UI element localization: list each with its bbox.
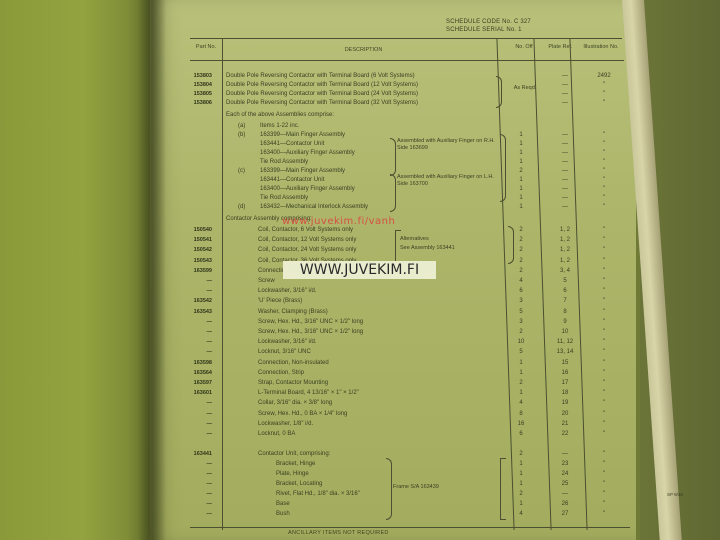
no-off: 1 <box>515 140 527 149</box>
table-row: —Bush427" <box>190 510 620 519</box>
table-row: —Screw, Hex. Hd., 3/16" UNC × 1/2" long3… <box>190 318 620 327</box>
brace <box>390 138 396 176</box>
table-row: 163441 Contactor Unit, comprising: 2 — " <box>190 450 620 459</box>
no-off: 1 <box>515 131 527 140</box>
item-text: 163399—Main Finger Assembly <box>260 131 345 140</box>
plate-ref: 17 <box>550 379 580 388</box>
part-number: — <box>180 348 212 357</box>
description: 'U' Piece (Brass) <box>258 297 302 306</box>
no-off: 6 <box>515 430 527 439</box>
plate-ref: 26 <box>550 500 580 509</box>
part-number: — <box>180 470 212 479</box>
no-off: 1 <box>515 176 527 185</box>
no-off: 1 <box>515 389 527 398</box>
description: Bush <box>276 510 290 519</box>
no-off: 3 <box>515 297 527 306</box>
header-plate-ref: Plate Ref. <box>543 44 578 51</box>
description: L-Terminal Board, 4 13/16" × 1" × 1/2" <box>258 389 359 398</box>
part-number: — <box>180 410 212 419</box>
footer-note: ANCILLARY ITEMS NOT REQUIRED <box>288 530 389 536</box>
plate-ref: 22 <box>550 430 580 439</box>
table-row: —Lockwasher, 3/16" i/d.1011, 12" <box>190 338 620 347</box>
table-row: 163543Washer, Clamping (Brass)58" <box>190 308 620 317</box>
table-row: —Lockwasher, 3/16" i/d.66" <box>190 287 620 296</box>
plate-ref: 1, 2 <box>550 246 580 255</box>
no-off: 2 <box>515 257 527 266</box>
header-bottom-rule <box>190 60 624 61</box>
no-off: 1 <box>515 359 527 368</box>
description: Coil, Contactor, 12 Volt Systems only <box>258 236 356 245</box>
header-illustration-no: Illustration No. <box>579 44 623 51</box>
description: Screw, Hex. Hd., 3/16" UNC × 1/2" long <box>258 318 363 327</box>
description: Lockwasher, 3/16" i/d. <box>258 287 317 296</box>
table-row: 163601L-Terminal Board, 4 13/16" × 1" × … <box>190 389 620 398</box>
part-number: 163597 <box>180 379 212 388</box>
part-number: — <box>180 500 212 509</box>
no-off: 4 <box>515 277 527 286</box>
item-text: 163441—Contactor Unit <box>260 176 324 185</box>
table-row: 163564Connection, Strip116" <box>190 369 620 378</box>
no-off: 1 <box>515 185 527 194</box>
no-off: 1 <box>515 460 527 469</box>
no-off: 1 <box>515 149 527 158</box>
plate-ref: 10 <box>550 328 580 337</box>
item-label: (b) <box>238 131 245 140</box>
description: Bracket, Locating <box>276 480 322 489</box>
schedule-serial: SCHEDULE SERIAL No. 1 <box>446 26 531 34</box>
item-text: Tie Rod Assembly <box>260 194 308 203</box>
part-number: 163564 <box>180 369 212 378</box>
brace <box>500 134 506 202</box>
plate-ref: 24 <box>550 470 580 479</box>
part-number: — <box>180 480 212 489</box>
part-number: 163598 <box>180 359 212 368</box>
table-row: 153803 Double Pole Reversing Contactor w… <box>190 72 620 81</box>
item-text: 163400—Auxiliary Finger Assembly <box>260 149 355 158</box>
plate-ref: — <box>550 490 580 499</box>
see-assembly-note: See Assembly 163441 <box>400 245 455 252</box>
table-row: —Base126" <box>190 500 620 509</box>
no-off: 16 <box>515 420 527 429</box>
left-page <box>0 0 150 540</box>
item-text: Items 1-22 inc. <box>260 122 299 131</box>
no-off: 8 <box>515 410 527 419</box>
description: Screw, Hex. Hd., 0 BA × 1/4" long <box>258 410 347 419</box>
part-number: 150540 <box>180 226 212 235</box>
as-required-note: As Reqd. <box>511 85 539 92</box>
part-number: — <box>180 328 212 337</box>
part-number: — <box>180 338 212 347</box>
schedule-code: SCHEDULE CODE No. C 327 <box>446 18 531 26</box>
part-number: — <box>180 510 212 519</box>
no-off: 10 <box>515 338 527 347</box>
no-off: 1 <box>515 158 527 167</box>
table-row: —Screw, Hex. Hd., 3/16" UNC × 1/2" long2… <box>190 328 620 337</box>
description: Collar, 3/16" dia. × 3/8" long <box>258 399 332 408</box>
plate-ref: 6 <box>550 287 580 296</box>
list-item: (d)163432—Mechanical Interlock Assembly1… <box>190 203 620 212</box>
no-off: 5 <box>515 308 527 317</box>
plate-ref: 7 <box>550 297 580 306</box>
list-item: (a)Items 1-22 inc. <box>190 122 620 131</box>
plate-ref: 9 <box>550 318 580 327</box>
no-off: 6 <box>515 287 527 296</box>
alternatives-note: Alternatives <box>400 236 429 243</box>
description: Coil, Contactor, 24 Volt Systems only <box>258 246 356 255</box>
plate-ref: 16 <box>550 369 580 378</box>
book-gutter <box>138 0 166 540</box>
plate-ref: 5 <box>550 277 580 286</box>
table-bottom-rule <box>190 527 630 528</box>
plate-ref: 1, 2 <box>550 226 580 235</box>
header-no-off: No. Off <box>506 44 542 51</box>
description: Washer, Clamping (Brass) <box>258 308 328 317</box>
plate-ref: 20 <box>550 410 580 419</box>
no-off: 2 <box>515 267 527 276</box>
no-off: 1 <box>515 500 527 509</box>
item-label: (c) <box>238 167 245 176</box>
no-off: 2 <box>515 167 527 176</box>
item-text: 163432—Mechanical Interlock Assembly <box>260 203 368 212</box>
description: Coil, Contactor, 6 Volt Systems only <box>258 226 353 235</box>
header-part-no: Part No. <box>190 44 222 51</box>
schedule-header: SCHEDULE CODE No. C 327 SCHEDULE SERIAL … <box>446 18 531 34</box>
no-off: 2 <box>515 246 527 255</box>
table-row: —Screw, Hex. Hd., 0 BA × 1/4" long820" <box>190 410 620 419</box>
no-off: 2 <box>515 236 527 245</box>
plate-ref: 15 <box>550 359 580 368</box>
item-text: 163399—Main Finger Assembly <box>260 167 345 176</box>
no-off: 1 <box>515 203 527 212</box>
item-label: (d) <box>238 203 245 212</box>
plate-ref: 27 <box>550 510 580 519</box>
table-row: —Bracket, Hinge123" <box>190 460 620 469</box>
table-row: 153804 Double Pole Reversing Contactor w… <box>190 81 620 90</box>
table-row: —Collar, 3/16" dia. × 3/8" long419" <box>190 399 620 408</box>
item-text: Tie Rod Assembly <box>260 158 308 167</box>
no-off: 2 <box>515 328 527 337</box>
part-number: — <box>180 430 212 439</box>
table-row: 153805 Double Pole Reversing Contactor w… <box>190 90 620 99</box>
part-number: — <box>180 420 212 429</box>
part-number: 150541 <box>180 236 212 245</box>
description: Locknut, 3/16" UNC <box>258 348 311 357</box>
table-row: —Locknut, 0 BA622" <box>190 430 620 439</box>
item-text: 163400—Auxiliary Finger Assembly <box>260 185 355 194</box>
no-off: 2 <box>515 490 527 499</box>
item-label: (a) <box>238 122 245 131</box>
no-off: 3 <box>515 318 527 327</box>
brace <box>496 76 502 108</box>
table-row: 163598Connection, Non-insulated115" <box>190 359 620 368</box>
table-row: —Lockwasher, 1/8" i/d.1621" <box>190 420 620 429</box>
part-number: — <box>180 460 212 469</box>
part-number: — <box>180 287 212 296</box>
list-item: Tie Rod Assembly1—" <box>190 158 620 167</box>
part-number: — <box>180 490 212 499</box>
table-row: —Locknut, 3/16" UNC513, 14" <box>190 348 620 357</box>
no-off: 4 <box>515 399 527 408</box>
no-off: 5 <box>515 348 527 357</box>
description: Locknut, 0 BA <box>258 430 295 439</box>
description: Connection, Strip <box>258 369 304 378</box>
watermark-red: www.juvekim.fi/vanh <box>282 216 395 227</box>
no-off: 2 <box>515 379 527 388</box>
description: Lockwasher, 3/16" i/d. <box>258 338 317 347</box>
no-off: 1 <box>515 470 527 479</box>
lh-side-note: Assembled with Auxiliary Finger on L.H. … <box>397 174 501 188</box>
part-number: 163601 <box>180 389 212 398</box>
table-top-rule <box>190 38 622 39</box>
description: Bracket, Hinge <box>276 460 315 469</box>
part-number: 163543 <box>180 308 212 317</box>
part-number: 163599 <box>180 267 212 276</box>
table-row: —Plate, Hinge124" <box>190 470 620 479</box>
watermark-box: WWW.JUVEKIM.FI <box>283 261 436 279</box>
part-number: 163542 <box>180 297 212 306</box>
table-row: 153806 Double Pole Reversing Contactor w… <box>190 99 620 108</box>
table-row: —Rivet, Flat Hd., 1/8" dia. × 3/16"2—" <box>190 490 620 499</box>
list-item: Tie Rod Assembly1—" <box>190 194 620 203</box>
part-number: — <box>180 318 212 327</box>
table-row: 163597Strap, Contactor Mounting217" <box>190 379 620 388</box>
plate-ref: 1, 2 <box>550 257 580 266</box>
part-number: 150543 <box>180 257 212 266</box>
description: Lockwasher, 1/8" i/d. <box>258 420 313 429</box>
description: Connection, Non-insulated <box>258 359 329 368</box>
description: Rivet, Flat Hd., 1/8" dia. × 3/16" <box>276 490 360 499</box>
plate-ref: 23 <box>550 460 580 469</box>
plate-ref: 1, 2 <box>550 236 580 245</box>
plate-ref: 19 <box>550 399 580 408</box>
description: Strap, Contactor Mounting <box>258 379 328 388</box>
part-number: — <box>180 277 212 286</box>
parts-table: Part No. DESCRIPTION No. Off Plate Ref. … <box>190 38 620 530</box>
part-number: 150542 <box>180 246 212 255</box>
plate-ref: 18 <box>550 389 580 398</box>
description: Base <box>276 500 290 509</box>
brace <box>508 226 514 264</box>
brace <box>386 458 392 520</box>
description: Screw, Hex. Hd., 3/16" UNC × 1/2" long <box>258 328 363 337</box>
part-number: — <box>180 399 212 408</box>
plate-ref: 8 <box>550 308 580 317</box>
rh-side-note: Assembled with Auxiliary Finger on R.H. … <box>397 138 501 152</box>
plate-ref: 21 <box>550 420 580 429</box>
comprise-intro: Each of the above Assemblies comprise: <box>226 112 334 119</box>
no-off: 1 <box>515 369 527 378</box>
frame-note: Frame S/A 163439 <box>393 484 439 491</box>
description: Screw <box>258 277 275 286</box>
table-row: 150540Coil, Contactor, 6 Volt Systems on… <box>190 226 620 235</box>
plate-ref: 3, 4 <box>550 267 580 276</box>
brace <box>390 174 396 212</box>
item-text: 163441—Contactor Unit <box>260 140 324 149</box>
no-off: 4 <box>515 510 527 519</box>
no-off: 1 <box>515 194 527 203</box>
no-off: 2 <box>515 226 527 235</box>
plate-ref: 25 <box>550 480 580 489</box>
page-code: SP 9/48 <box>667 492 683 497</box>
description: Plate, Hinge <box>276 470 309 479</box>
plate-ref: 13, 14 <box>550 348 580 357</box>
brace <box>500 458 506 520</box>
table-row: 163542'U' Piece (Brass)37" <box>190 297 620 306</box>
header-description: DESCRIPTION <box>222 47 505 54</box>
no-off: 1 <box>515 480 527 489</box>
plate-ref: 11, 12 <box>550 338 580 347</box>
